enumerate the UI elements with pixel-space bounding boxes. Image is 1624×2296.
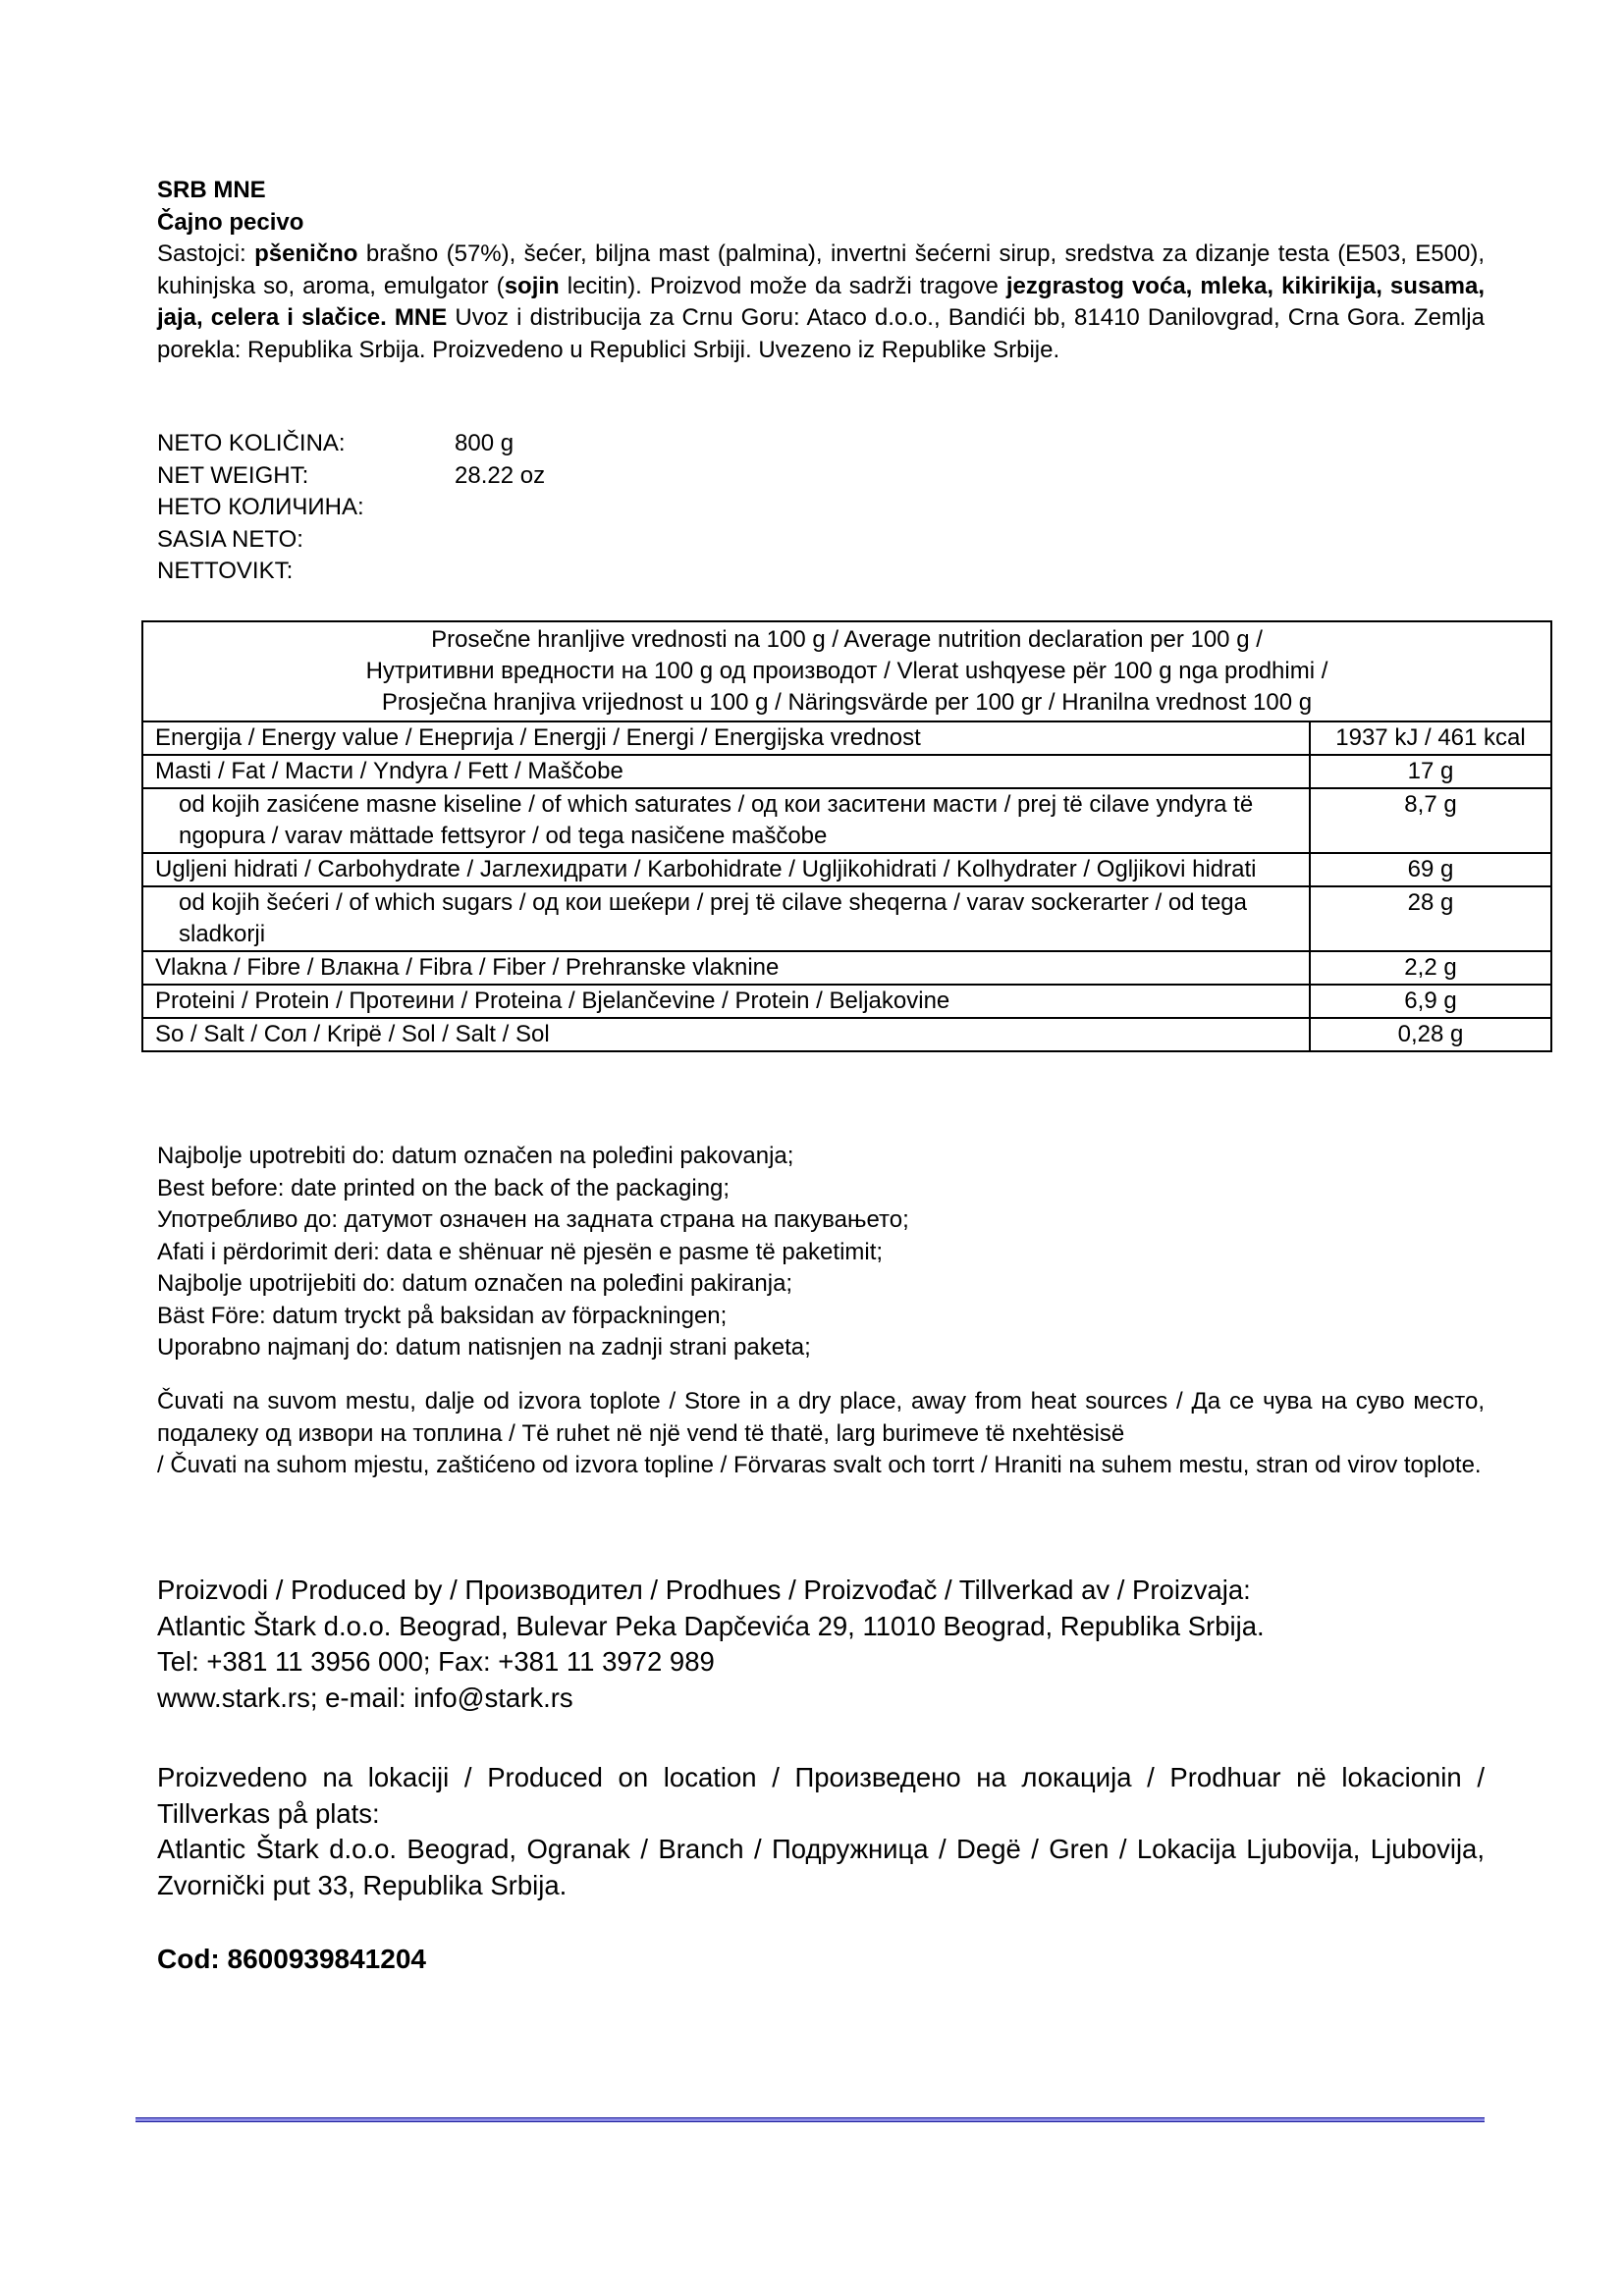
net-row: NETO KOLIČINA:800 g [157, 428, 545, 460]
nutrient-value: 17 g [1310, 755, 1551, 788]
nutrient-value: 28 g [1310, 886, 1551, 951]
net-row: НЕТО КОЛИЧИНА: [157, 492, 545, 524]
best-before-block: Najbolje upotrebiti do: datum označen na… [157, 1141, 909, 1364]
nutrient-name: So / Salt / Сол / Kripë / Sol / Salt / S… [142, 1018, 1310, 1051]
table-row: od kojih zasićene masne kiseline / of wh… [142, 788, 1551, 853]
table-row: So / Salt / Сол / Kripë / Sol / Salt / S… [142, 1018, 1551, 1051]
best-before-line: Употребливо до: датумот означен на задна… [157, 1204, 909, 1237]
product-code: Cod: 8600939841204 [157, 1944, 426, 1975]
product-name: Čajno pecivo [157, 207, 1485, 240]
net-row: NET WEIGHT:28.22 oz [157, 460, 545, 493]
net-row: NETTOVIKT: [157, 556, 545, 588]
table-row: Masti / Fat / Масти / Yndyra / Fett / Ma… [142, 755, 1551, 788]
best-before-line: Bäst Före: datum tryckt på baksidan av f… [157, 1301, 909, 1333]
storage-text: / Čuvati na suhom mjestu, zaštićeno od i… [157, 1450, 1485, 1482]
storage-block: Čuvati na suvom mestu, dalje od izvora t… [157, 1386, 1485, 1482]
nutrition-header: Prosečne hranljive vrednosti na 100 g / … [142, 621, 1551, 721]
location-address: Atlantic Štark d.o.o. Beograd, Ogranak /… [157, 1832, 1485, 1903]
best-before-line: Afati i përdorimit deri: data e shënuar … [157, 1237, 909, 1269]
nutrient-value: 69 g [1310, 853, 1551, 886]
producer-label: Proizvodi / Produced by / Производител /… [157, 1573, 1485, 1609]
table-row: Energija / Energy value / Енергија / Ene… [142, 721, 1551, 755]
nutrient-name: od kojih šećeri / of which sugars / од к… [142, 886, 1310, 951]
header-block: SRB MNE Čajno pecivo Sastojci: pšenično … [157, 175, 1485, 366]
nutrient-name: Ugljeni hidrati / Carbohydrate / Јаглехи… [142, 853, 1310, 886]
producer-address: Atlantic Štark d.o.o. Beograd, Bulevar P… [157, 1609, 1485, 1645]
ingredients-text: lecitin). Proizvod može da sadrži tragov… [560, 273, 1006, 299]
nutrient-name: Energija / Energy value / Енергија / Ene… [142, 721, 1310, 755]
net-value: 28.22 oz [455, 460, 545, 493]
storage-text: Čuvati na suvom mestu, dalje od izvora t… [157, 1386, 1485, 1450]
region-label: SRB MNE [157, 175, 1485, 207]
location-block: Proizvedeno na lokaciji / Produced on lo… [157, 1760, 1485, 1903]
producer-web: www.stark.rs; e-mail: info@stark.rs [157, 1681, 1485, 1717]
nutrient-name: od kojih zasićene masne kiseline / of wh… [142, 788, 1310, 853]
ingredients-label: Sastojci: [157, 240, 246, 267]
net-value: 800 g [455, 428, 514, 460]
nutrient-value: 0,28 g [1310, 1018, 1551, 1051]
table-row: Vlakna / Fibre / Влакна / Fibra / Fiber … [142, 951, 1551, 985]
nutrition-header-row: Prosečne hranljive vrednosti na 100 g / … [142, 621, 1551, 721]
table-row: Proteini / Protein / Протеини / Proteina… [142, 985, 1551, 1018]
table-row: Ugljeni hidrati / Carbohydrate / Јаглехи… [142, 853, 1551, 886]
nutrient-name: Proteini / Protein / Протеини / Proteina… [142, 985, 1310, 1018]
nutrient-value: 1937 kJ / 461 kcal [1310, 721, 1551, 755]
best-before-line: Uporabno najmanj do: datum natisnjen na … [157, 1332, 909, 1364]
net-row: SASIA NETO: [157, 524, 545, 557]
nutrient-value: 2,2 g [1310, 951, 1551, 985]
net-quantity-block: NETO KOLIČINA:800 g NET WEIGHT:28.22 oz … [157, 428, 545, 588]
nutrient-value: 8,7 g [1310, 788, 1551, 853]
allergen: pšenično [254, 240, 357, 267]
best-before-line: Najbolje upotrijebiti do: datum označen … [157, 1268, 909, 1301]
nutrient-name: Vlakna / Fibre / Влакна / Fibra / Fiber … [142, 951, 1310, 985]
table-row: od kojih šećeri / of which sugars / од к… [142, 886, 1551, 951]
location-label: Proizvedeno na lokaciji / Produced on lo… [157, 1760, 1485, 1832]
best-before-line: Best before: date printed on the back of… [157, 1173, 909, 1205]
allergen: sojin [505, 273, 560, 299]
nutrition-table: Prosečne hranljive vrednosti na 100 g / … [141, 620, 1552, 1052]
best-before-line: Najbolje upotrebiti do: datum označen na… [157, 1141, 909, 1173]
footer-divider [135, 2117, 1485, 2122]
producer-block: Proizvodi / Produced by / Производител /… [157, 1573, 1485, 1716]
nutrient-name: Masti / Fat / Масти / Yndyra / Fett / Ma… [142, 755, 1310, 788]
nutrient-value: 6,9 g [1310, 985, 1551, 1018]
ingredients-paragraph: Sastojci: pšenično brašno (57%), šećer, … [157, 239, 1485, 366]
producer-phone: Tel: +381 11 3956 000; Fax: +381 11 3972… [157, 1644, 1485, 1681]
